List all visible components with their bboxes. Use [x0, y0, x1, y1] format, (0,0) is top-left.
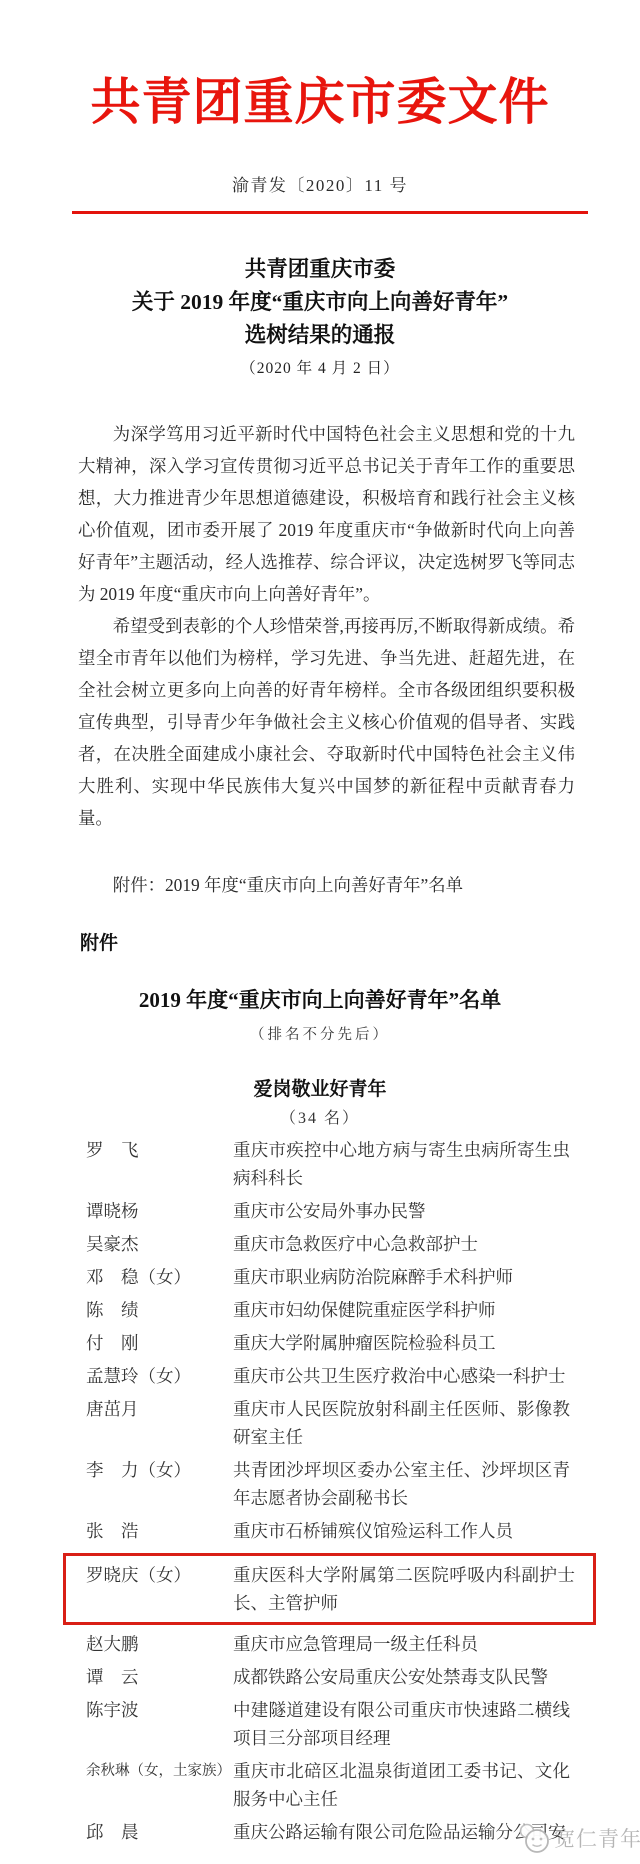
attachment-subtitle: （排名不分先后） — [0, 1023, 640, 1044]
honor-list-row-highlighted: 罗晓庆（女）重庆医科大学附属第二医院呼吸内科副护士长、主管护师 — [63, 1553, 596, 1625]
honoree-name: 邓 稳（女） — [86, 1263, 233, 1291]
honoree-name: 邱 晨 — [86, 1818, 233, 1846]
document-title-line1: 共青团重庆市委 — [0, 253, 640, 286]
honor-list-row: 付 刚重庆大学附属肿瘤医院检验科员工 — [86, 1329, 570, 1357]
honoree-desc: 重庆市妇幼保健院重症医学科护师 — [233, 1296, 570, 1324]
honor-list-row: 张 浩重庆市石桥铺殡仪馆殓运科工作人员 — [86, 1517, 570, 1545]
honoree-name: 吴豪杰 — [86, 1230, 233, 1258]
honoree-desc: 重庆市疾控中心地方病与寄生虫病所寄生虫病科科长 — [233, 1136, 570, 1192]
honor-list-row: 罗 飞重庆市疾控中心地方病与寄生虫病所寄生虫病科科长 — [86, 1136, 570, 1192]
body-paragraph-2: 希望受到表彰的个人珍惜荣誉,再接再厉,不断取得新成绩。希望全市青年以他们为榜样，… — [78, 610, 575, 834]
honoree-desc: 重庆大学附属肿瘤医院检验科员工 — [233, 1329, 570, 1357]
honoree-desc: 共青团沙坪坝区委办公室主任、沙坪坝区青年志愿者协会副秘书长 — [233, 1456, 570, 1512]
honor-list-row: 唐茁月重庆市人民医院放射科副主任医师、影像教研室主任 — [86, 1395, 570, 1451]
document-title-line2: 关于 2019 年度“重庆市向上向善好青年” — [0, 286, 640, 319]
honoree-desc: 重庆市应急管理局一级主任科员 — [233, 1630, 570, 1658]
watermark: 宽仁青年 — [516, 1820, 640, 1856]
honor-list-row: 谭晓杨重庆市公安局外事办民警 — [86, 1197, 570, 1225]
honoree-desc: 重庆市石桥铺殡仪馆殓运科工作人员 — [233, 1517, 570, 1545]
honoree-desc: 重庆市急救医疗中心急救部护士 — [233, 1230, 570, 1258]
document-page: 共青团重庆市委文件 渝青发〔2020〕11 号 共青团重庆市委 关于 2019 … — [0, 0, 640, 1864]
honoree-name: 罗晓庆（女） — [86, 1561, 233, 1617]
honoree-name: 孟慧玲（女） — [86, 1362, 233, 1390]
attachment-title: 2019 年度“重庆市向上向善好青年”名单 — [0, 984, 640, 1014]
honoree-name: 陈 绩 — [86, 1296, 233, 1324]
honoree-desc: 重庆市北碚区北温泉街道团工委书记、文化服务中心主任 — [233, 1757, 570, 1813]
honor-list-row: 陈宇波中建隧道建设有限公司重庆市快速路二横线项目三分部项目经理 — [86, 1696, 570, 1752]
document-body: 为深学笃用习近平新时代中国特色社会主义思想和党的十九大精神，深入学习宣传贯彻习近… — [78, 418, 575, 834]
body-paragraph-1: 为深学笃用习近平新时代中国特色社会主义思想和党的十九大精神，深入学习宣传贯彻习近… — [78, 418, 575, 610]
honoree-name: 陈宇波 — [86, 1696, 233, 1752]
attachment-category-heading: 爱岗敬业好青年 — [0, 1074, 640, 1101]
honoree-desc: 重庆市公共卫生医疗救治中心感染一科护士 — [233, 1362, 570, 1390]
honor-list-row: 邓 稳（女）重庆市职业病防治院麻醉手术科护师 — [86, 1263, 570, 1291]
honoree-desc: 重庆市职业病防治院麻醉手术科护师 — [233, 1263, 570, 1291]
honor-list-row: 谭 云成都铁路公安局重庆公安处禁毒支队民警 — [86, 1663, 570, 1691]
honor-list-row: 余秋琳（女，土家族）重庆市北碚区北温泉街道团工委书记、文化服务中心主任 — [86, 1757, 570, 1813]
attachment-note: 附件：2019 年度“重庆市向上向善好青年”名单 — [78, 871, 575, 896]
honoree-name: 付 刚 — [86, 1329, 233, 1357]
honoree-name: 李 力（女） — [86, 1456, 233, 1512]
attachment-category-count: （34 名） — [0, 1105, 640, 1128]
document-title: 共青团重庆市委 关于 2019 年度“重庆市向上向善好青年” 选树结果的通报 — [0, 253, 640, 352]
attachment-label: 附件 — [80, 928, 118, 955]
honor-list-row: 吴豪杰重庆市急救医疗中心急救部护士 — [86, 1230, 570, 1258]
honor-list-row: 孟慧玲（女）重庆市公共卫生医疗救治中心感染一科护士 — [86, 1362, 570, 1390]
watermark-logo-icon — [516, 1820, 552, 1856]
document-masthead: 共青团重庆市委文件 — [0, 62, 640, 134]
document-number: 渝青发〔2020〕11 号 — [0, 171, 640, 196]
honoree-name: 赵大鹏 — [86, 1630, 233, 1658]
watermark-text: 宽仁青年 — [554, 1823, 640, 1853]
honoree-desc: 重庆市人民医院放射科副主任医师、影像教研室主任 — [233, 1395, 570, 1451]
honor-list-row: 陈 绩重庆市妇幼保健院重症医学科护师 — [86, 1296, 570, 1324]
honoree-name: 余秋琳（女，土家族） — [86, 1757, 233, 1813]
red-divider-line — [72, 211, 588, 214]
honoree-name: 谭 云 — [86, 1663, 233, 1691]
document-date: （2020 年 4 月 2 日） — [0, 356, 640, 378]
honoree-desc: 成都铁路公安局重庆公安处禁毒支队民警 — [233, 1663, 570, 1691]
honor-list-row: 邱 晨重庆公路运输有限公司危险品运输分公司安 — [86, 1818, 570, 1846]
document-title-line3: 选树结果的通报 — [0, 319, 640, 352]
honoree-desc: 中建隧道建设有限公司重庆市快速路二横线项目三分部项目经理 — [233, 1696, 570, 1752]
honoree-desc: 重庆市公安局外事办民警 — [233, 1197, 570, 1225]
honoree-desc: 重庆医科大学附属第二医院呼吸内科副护士长、主管护师 — [233, 1561, 575, 1617]
honoree-name: 谭晓杨 — [86, 1197, 233, 1225]
honor-list-row: 赵大鹏重庆市应急管理局一级主任科员 — [86, 1630, 570, 1658]
honor-list-row: 李 力（女）共青团沙坪坝区委办公室主任、沙坪坝区青年志愿者协会副秘书长 — [86, 1456, 570, 1512]
honoree-name: 张 浩 — [86, 1517, 233, 1545]
honoree-name: 罗 飞 — [86, 1136, 233, 1192]
honoree-name: 唐茁月 — [86, 1395, 233, 1451]
honor-list: 罗 飞重庆市疾控中心地方病与寄生虫病所寄生虫病科科长谭晓杨重庆市公安局外事办民警… — [86, 1136, 570, 1851]
